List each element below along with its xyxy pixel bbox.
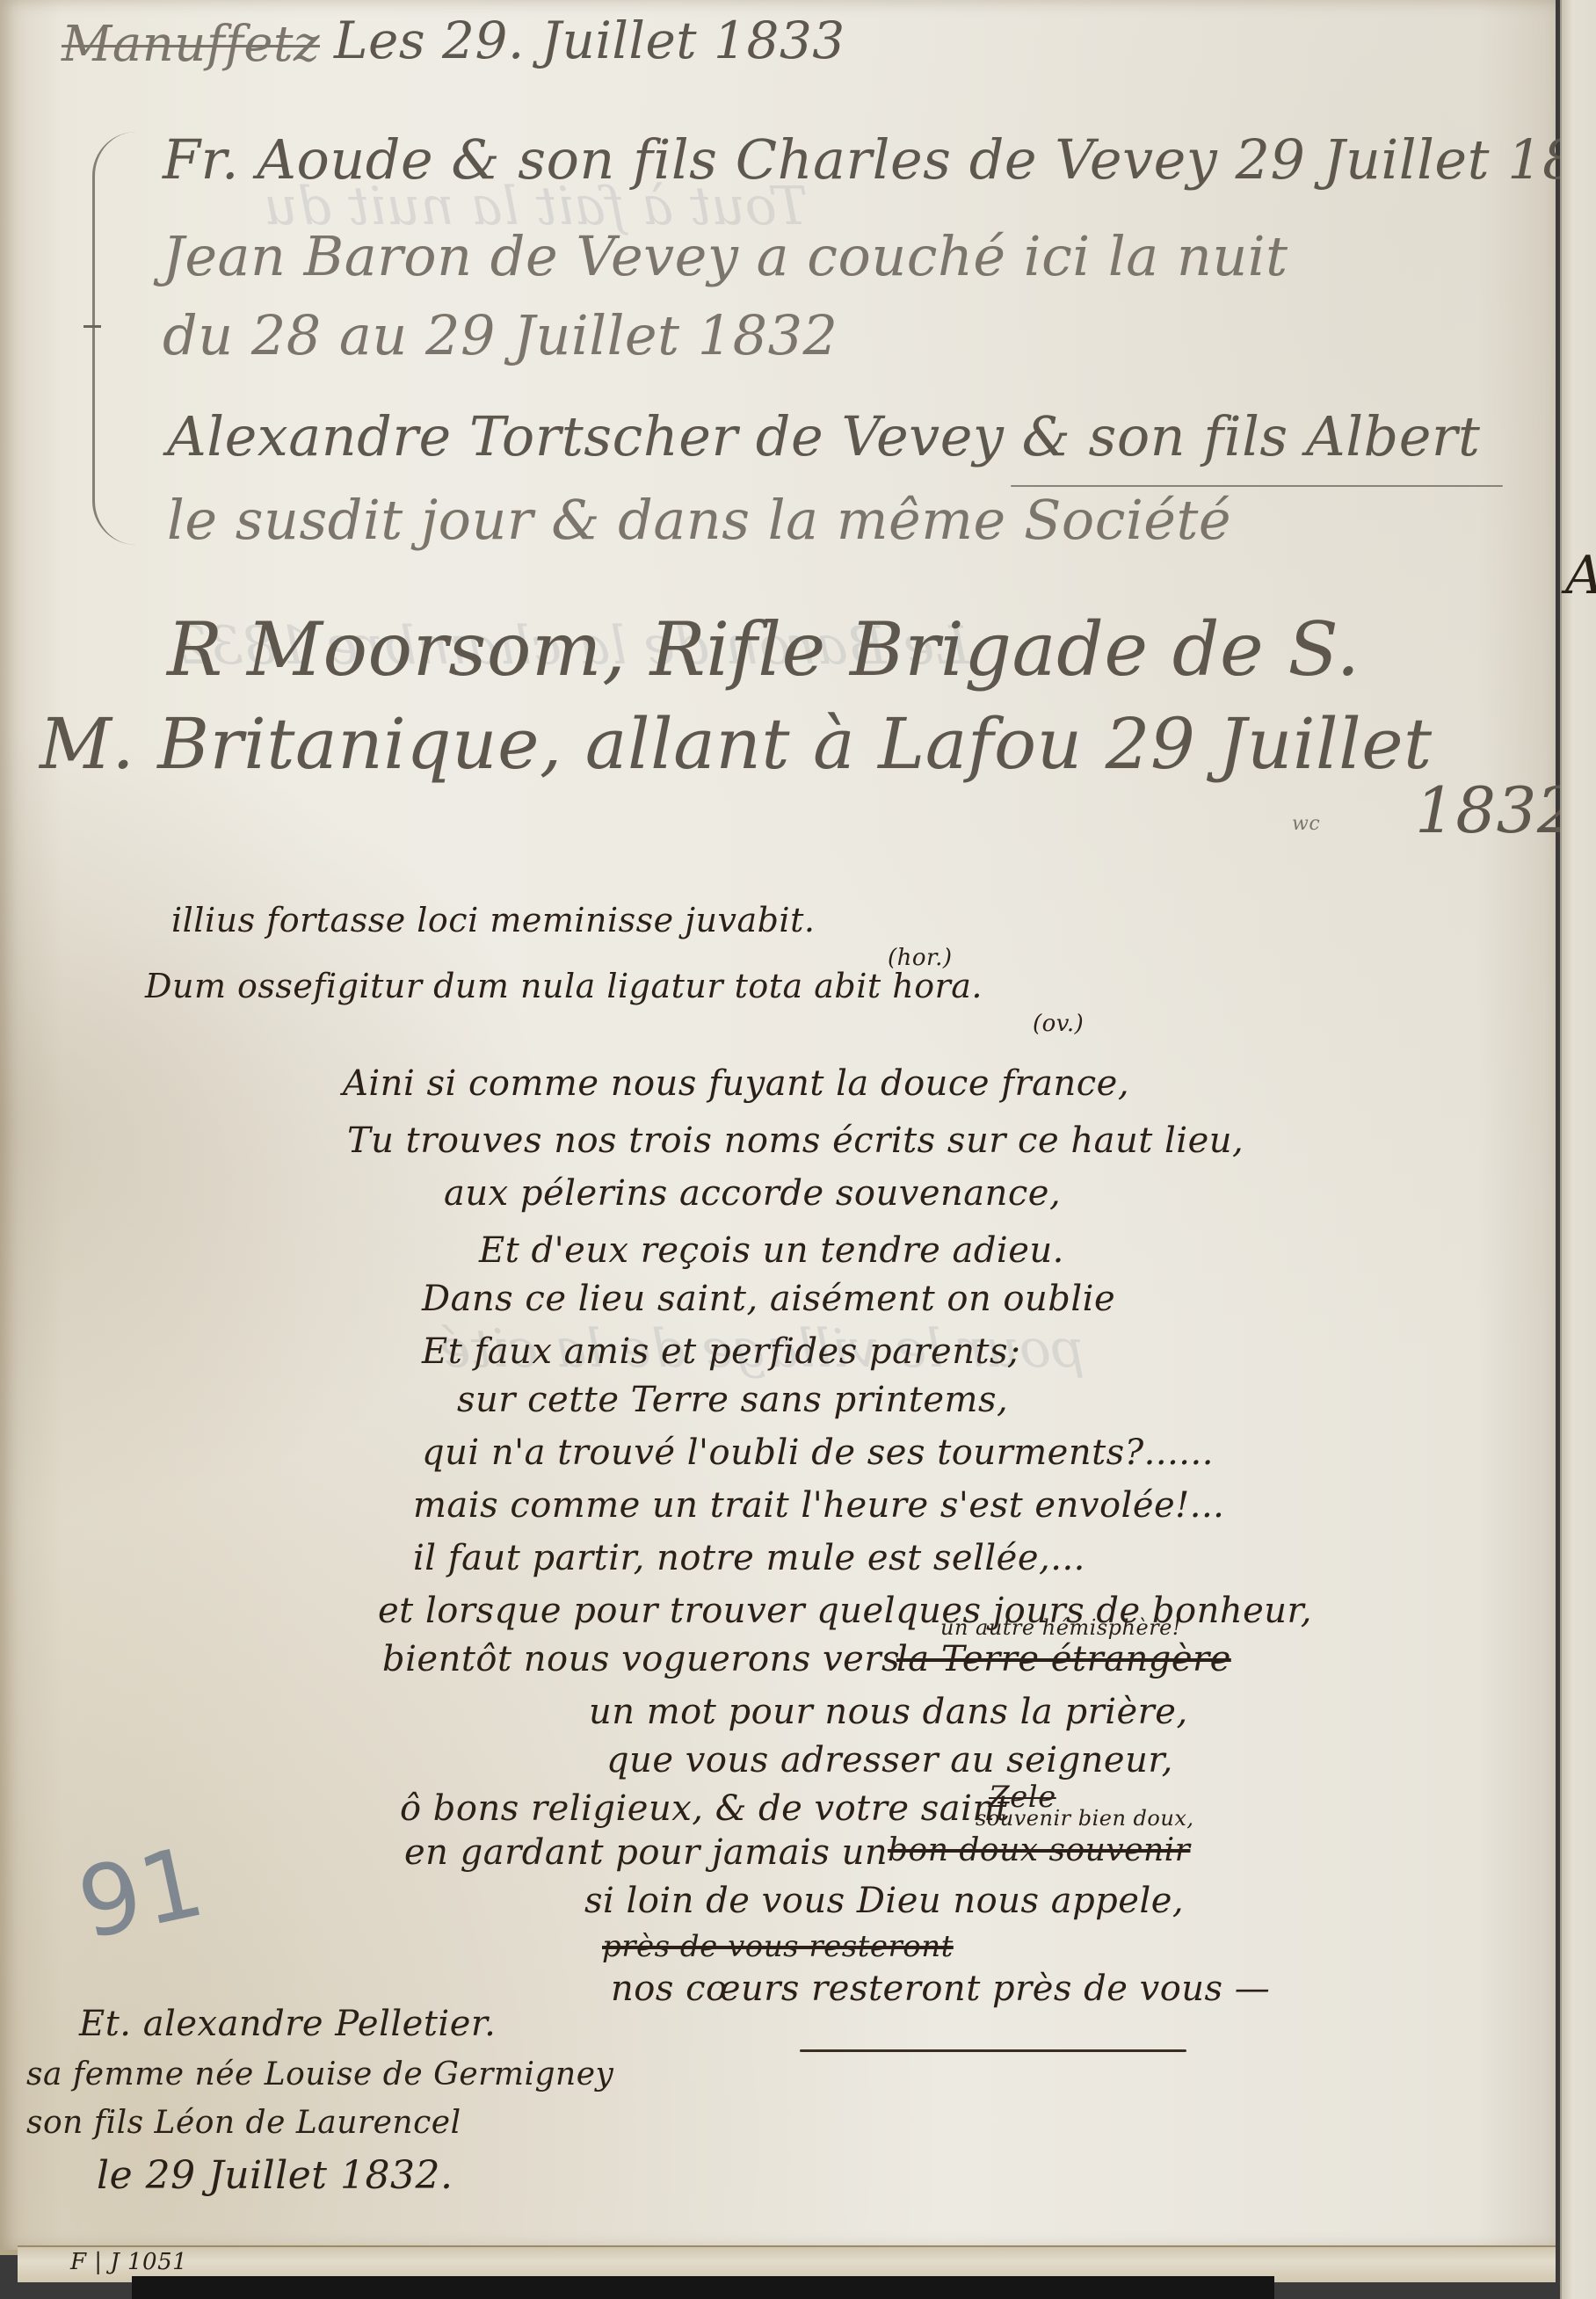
- entry-line: Fr. Aoude & son fils Charles de Vevey 29…: [163, 127, 1596, 192]
- header-date: Les 29. Juillet 1833: [334, 11, 845, 70]
- poem-insertion: un autre hémisphère!: [940, 1615, 1181, 1640]
- latin-attribution: (ov.): [1033, 1011, 1084, 1037]
- signature-date: le 29 Juillet 1832.: [97, 2153, 453, 2198]
- latin-quote-line: Dum ossefigitur dum nula ligatur tota ab…: [145, 967, 983, 1005]
- manuscript-page: Tout à fait la nuit du Le Baron de la ch…: [0, 0, 1556, 2255]
- bottom-edge-numbers: F | J 1051: [70, 2249, 187, 2275]
- poem-line: mais comme un trait l'heure s'est envolé…: [413, 1485, 1224, 1526]
- signature-line: Et. alexandre Pelletier.: [79, 2004, 496, 2044]
- poem-line: bientôt nous voguerons vers: [382, 1639, 900, 1679]
- poem-line: Et d'eux reçois un tendre adieu.: [479, 1230, 1064, 1271]
- poem-line: Dans ce lieu saint, aisément on oublie: [422, 1279, 1115, 1319]
- initials: wc: [1292, 813, 1320, 835]
- signature-line: sa femme née Louise de Germigney: [26, 2056, 613, 2092]
- poem-line: qui n'a trouvé l'oubli de ses tourments?…: [422, 1432, 1214, 1473]
- poem-line: il faut partir, notre mule est sellée,..…: [413, 1538, 1085, 1578]
- binding-shadow: [132, 2276, 1274, 2299]
- latin-quote-line: illius fortasse loci meminisse juvabit.: [171, 901, 815, 939]
- entry-line: R Moorsom, Rifle Brigade de S.: [167, 606, 1360, 693]
- poem-line: en gardant pour jamais un: [404, 1832, 888, 1873]
- signature-line: son fils Léon de Laurencel: [26, 2105, 461, 2141]
- entry-line: Alexandre Tortscher de Vevey & son fils …: [167, 404, 1480, 468]
- entry-line: le susdit jour & dans la même Société: [167, 488, 1231, 552]
- poem-line: si loin de vous Dieu nous appele,: [584, 1881, 1184, 1921]
- adjacent-page-mark: Ap: [1565, 545, 1596, 606]
- entry-line: 1832: [1415, 773, 1578, 847]
- poem-line: un mot pour nous dans la prière,: [589, 1692, 1188, 1732]
- poem-line: aux pélerins accorde souvenance,: [444, 1173, 1061, 1214]
- poem-struck-text: près de vous resteront: [602, 1929, 954, 1964]
- poem-line: Et faux amis et perfides parents;: [422, 1331, 1020, 1372]
- brace-tip: [83, 325, 101, 328]
- poem-line: que vous adresser au seigneur,: [606, 1740, 1173, 1780]
- underline-rule: [1011, 485, 1503, 487]
- separator-rule: [800, 2049, 1186, 2052]
- poem-line: sur cette Terre sans printems,: [457, 1380, 1008, 1420]
- entry-line: du 28 au 29 Juillet 1832: [163, 303, 838, 367]
- poem-line: nos cœurs resteront près de vous —: [611, 1969, 1270, 2009]
- entry-line: M. Britanique, allant à Lafou 29 Juillet: [40, 703, 1433, 785]
- poem-struck-text: bon doux souvenir: [888, 1832, 1190, 1868]
- crossed-signature: Manuffetz: [62, 16, 320, 73]
- poem-line: ô bons religieux, & de votre saint: [400, 1788, 1010, 1829]
- entry-line: Jean Baron de Vevey a couché ici la nuit: [163, 224, 1288, 288]
- poem-insertion: souvenir bien doux,: [976, 1806, 1193, 1831]
- brace-bracket: [92, 132, 156, 545]
- pencil-folio-number: 91: [69, 1825, 214, 1962]
- poem-line: Aini si comme nous fuyant la douce franc…: [343, 1063, 1129, 1104]
- poem-line: Tu trouves nos trois noms écrits sur ce …: [347, 1120, 1244, 1161]
- adjacent-page-edge: Ap: [1560, 0, 1596, 2299]
- poem-struck-text: la Terre étrangère: [896, 1639, 1231, 1679]
